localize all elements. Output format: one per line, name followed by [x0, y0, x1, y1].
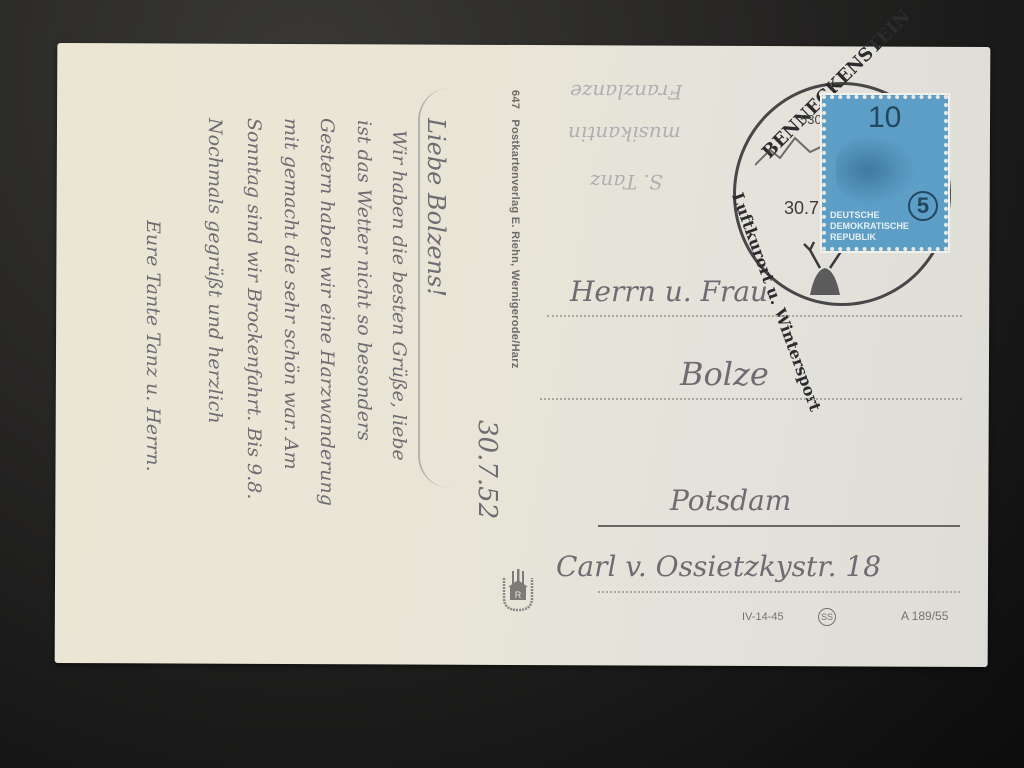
message-line: mit gemacht die sehr schön war. Am: [280, 118, 302, 470]
publisher-house-emblem-icon: R: [500, 568, 536, 612]
address-line-1: [547, 315, 962, 317]
address-line-4: [598, 591, 960, 593]
postage-stamp: 10 5 DEUTSCHE DEMOKRATISCHE REPUBLIK: [822, 95, 948, 251]
stamp-corner-digit: 5: [908, 191, 938, 221]
address-city: Potsdam: [670, 484, 791, 517]
svg-text:R: R: [515, 590, 522, 600]
message-salutation: Liebe Bolzens!: [422, 118, 450, 297]
address-line-2: [540, 398, 962, 400]
trademark-icon: SS: [818, 608, 836, 626]
stamp-value: 10: [868, 101, 901, 135]
message-line: Sonntag sind wir Brockenfahrt. Bis 9.8.: [243, 118, 265, 499]
message-line: Wir haben die besten Grüße, liebe: [388, 130, 410, 461]
bleed-through-writing: Franzlanze: [570, 80, 682, 104]
message-line: ist das Wetter nicht so besonders: [353, 120, 375, 441]
address-recipient-name: Bolze: [680, 355, 769, 393]
publisher-text: Postkartenverlag E. Riehn, Wernigerode/H…: [509, 119, 521, 368]
message-line: Nochmals gegrüßt und herzlich: [204, 118, 226, 424]
address-street: Carl v. Ossietzkystr. 18: [556, 550, 881, 583]
print-code: IV-14-45: [742, 611, 784, 623]
bleed-through-writing: musikantin: [568, 122, 681, 146]
address-recipient-title: Herrn u. Frau: [570, 275, 768, 308]
catalog-number: A 189/55: [901, 609, 948, 623]
stamp-artwork: [836, 135, 916, 205]
publisher-number: 647: [509, 90, 521, 109]
bleed-through-writing: S. Tanz: [590, 170, 663, 194]
postmark-code: 530: [800, 112, 822, 127]
stamp-country: DEUTSCHE DEMOKRATISCHE REPUBLIK: [830, 210, 908, 243]
publisher-imprint: 647 Postkartenverlag E. Riehn, Wernigero…: [509, 90, 521, 369]
postmark-mountain-icon: [755, 130, 825, 170]
message-line: Gestern haben wir eine Harzwanderung: [316, 118, 338, 506]
address-line-3: [598, 525, 960, 527]
message-date: 30.7.52: [472, 420, 502, 519]
message-signature: Eure Tante Tanz u. Herrn.: [142, 220, 164, 472]
